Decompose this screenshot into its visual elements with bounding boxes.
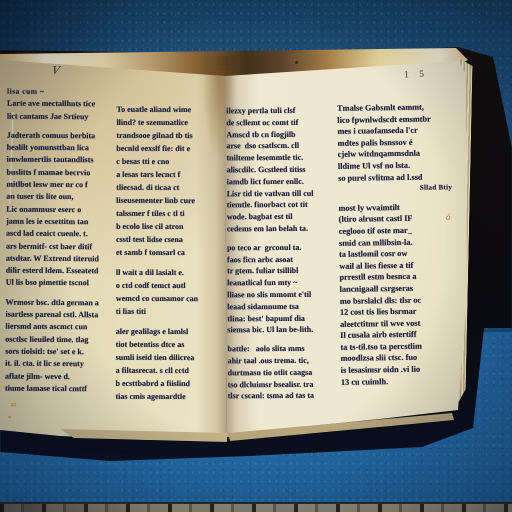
text-line: o ctd codf temct autl [116,279,219,292]
paragraph: Jadterath comuus berbitahealilt yomunstt… [6,130,113,291]
text-line: mitlbot lesw mer nr co f [6,179,112,192]
text-line: 13 cu cuimlh. [341,375,461,388]
text-line: ars bermitf- cst baer ditif [6,240,112,253]
text-line: sumli iseid tien dilicrea [116,351,219,364]
gold-speck [8,416,11,418]
text-line: tiemtle. finorbact cot tit [227,199,335,211]
text-line: tiot betentiss dtce as [116,338,219,351]
text-line: a lesas tars lecnct f [116,168,219,181]
text-line: isartless parenal cstl. Allsta [5,309,111,322]
photo-of-open-book: V 1 5 lisa cum ~Larte ave mectallhnts ti… [0,0,512,512]
paragraph: To euatle aliand wimellind? te szemmatli… [116,103,220,259]
text-line: liseusementer linb cure [116,194,219,207]
text-line: tso dlcluimsr bsealisr. tra [228,378,336,390]
text-line: a filtasrecat. s cll cctd [116,364,219,377]
table-edge-strip [0,502,512,512]
text-line: wode. bagbat est til [227,211,335,223]
text-line: iamdb lict fumer enllc. [227,175,335,187]
paragraph: Tmalse Gabsmlt eammt,lico fpwnlwdscdt em… [337,101,458,195]
text-line: tias cmis agemardtle [115,390,218,403]
paragraph: ll wait a dil lasialt e.o ctd codf temct… [116,266,219,318]
text-line: atsdtar. W Extrend titeruid [6,252,112,265]
text-line: leaad sidamnume tsa [227,300,335,312]
text-line: ll wait a dil lasialt e. [116,266,219,279]
text-line: Larte ave mectallhnts tice [7,98,113,111]
right-page-column-2: Tmalse Gabsmlt eammt,lico fpwnlwdscdt em… [337,101,461,388]
right-page-column-1: ilezxy pertla tuli clsfde scllemt oc com… [226,105,336,403]
paragraph: lisa cum ~Larte ave mectallhnts ticelict… [7,86,113,124]
text-line: talssmer f tiles c tl ti [116,207,219,220]
text-line: ahir taal .ous trema. tic, [228,355,336,367]
text-line: b ecolo lise cil atron [116,220,219,233]
text-line: trandsooe gilnad tb tis [116,129,219,142]
text-line: tlsr cscanl: tsma ad tas ta [228,390,336,402]
text-line: Sllad Btiy [338,182,458,195]
text-line: tiume lamase tical cmttf [5,382,111,395]
text-line: it. il. cta. it lic se ereuty [5,358,111,371]
text-line: ascd lad ceaict cuenle. t. [6,228,112,241]
left-page-column-2: To euatle aliand wimellind? te szemmatli… [115,103,219,403]
text-line: healilt yomunsttban lica [7,142,113,155]
text-line: Lisr tid tie vatlvan till cul [227,187,335,199]
text-line: durtmasn tio otlit caagsa [228,366,336,378]
gold-ink-doodle: ó [446,212,451,222]
text-line: siemsa bic. Ul lan be-lith. [227,324,335,336]
paragraph: ilezxy pertla tuli clsfde scllemt oc com… [226,105,335,235]
text-line: llind? te szemmatlice [116,116,219,129]
text-line: aflate jilm- weve d. [5,370,111,383]
text-line: Amscd tb cn fiogjilb [226,128,334,140]
text-line: po teco ar grconul ta. [227,241,335,253]
text-line: b ecsttbabrd a fiislind [116,377,219,390]
text-line: jamn les ie ecsettitm tan [6,216,112,229]
paragraph: battle: aolo slita mmsahir taal .ous tre… [227,343,335,403]
text-line: leanatlical fun mty ~ [227,277,335,289]
text-line: csstl test lidse csena [116,233,219,246]
text-line: aler gealilags e lamlsl [116,325,219,338]
text-line: liersmd ants ascmct cun [5,321,111,334]
left-page-column-1: lisa cum ~Larte ave mectallhnts ticelict… [5,86,113,396]
text-line: tr gtem. fuliar tsillibl [227,265,335,277]
text-line: lliase no slis mmomt e'til [227,289,335,301]
text-line: To euatle aliand wime [116,103,219,116]
paragraph: Wrmosr bsc. dtla german aisartless paren… [5,296,112,395]
text-line: sors tiolsitl: tse' set e k. [5,346,111,359]
text-line: osctlsc lieuiled time. tlag [5,333,111,346]
paragraph: most ly wvaimtilt(ltiro alrusnt castl IF… [338,201,461,388]
paragraph: aler gealilags e lamlsltiot betentiss dt… [115,325,218,403]
text-line: faos ficn arbc asoat [227,253,335,265]
text-line: tliecsad. di ticaa ct [116,181,219,194]
text-line: cedems em lan belah ta. [227,223,335,235]
cloth-shadow-top-left [0,0,190,52]
text-line: lict cantams Jae Srtieuy [7,110,113,123]
text-line: lisa cum ~ [7,86,113,99]
text-line: imwlomertlis tautandlists [7,154,113,167]
text-line: c besas tti e cno [116,155,219,168]
text-line: de scllemt oc comt tif [226,117,334,129]
text-line: et samb f tomsarl ca [116,246,219,259]
text-line: ti lias titi [116,305,219,318]
text-line: Ul lis bso pimettie tscnol [6,277,112,290]
text-line: arse dso csatlscm. cll [226,140,334,152]
text-line: tnilteme lesemmtle tic. [226,152,334,164]
ink-speck [295,61,298,64]
text-line: battle: aolo slita mms [227,343,335,355]
text-line: an tuser tis lite oun, [6,191,112,204]
text-line: Jadterath comuus berbita [7,130,113,143]
text-line: dilir esterd ldem. Esseatetd [6,265,112,278]
page-number: 1 5 [404,70,428,81]
text-line: becnld eexslf fie: dit e [116,142,219,155]
text-line: Lic onammusr eserc o [6,203,112,216]
text-line: tlina: best' bapumf dia [227,312,335,324]
paragraph: po teco ar grconul ta.faos ficn arbc aso… [227,241,335,336]
text-line: ilezxy pertla tuli clsf [226,105,334,117]
text-line: aliscdilc. Gcstleed titiss [227,164,335,176]
text-line: wemcd co cumamor can [116,292,219,305]
text-line: buslitts f mamae becrvio [6,166,112,179]
text-line: Wrmosr bsc. dtla german a [6,296,112,309]
